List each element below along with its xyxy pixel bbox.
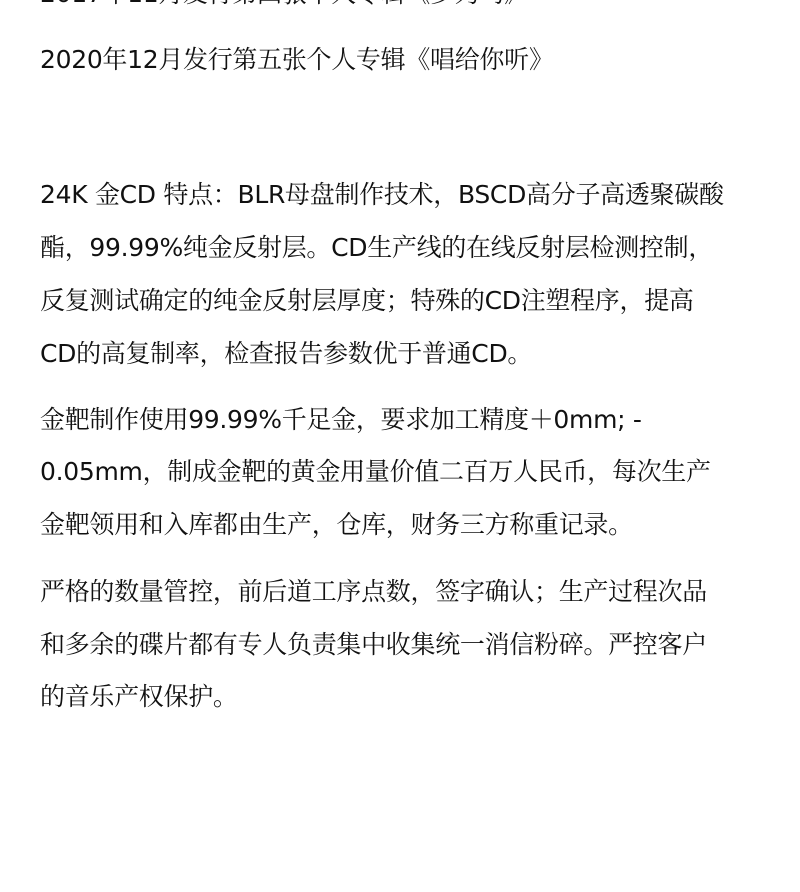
- paragraph-line: 0.05mm，制成金靶的黄金用量价值二百万人民币，每次生产: [40, 456, 711, 488]
- album-release-line: 2020年12月发行第五张个人专辑《唱给你听》: [40, 44, 554, 76]
- paragraph-line: 和多余的碟片都有专人负责集中收集统一消信粉碎。严控客户: [40, 629, 707, 661]
- clipped-album-release-line: 2017年11月发行第四张个人专辑《梦为马》: [40, 0, 529, 10]
- paragraph-line: 酯，99.99%纯金反射层。CD生产线的在线反射层检测控制，: [40, 232, 713, 264]
- paragraph-line: 严格的数量管控，前后道工序点数，签字确认；生产过程次品: [40, 576, 707, 608]
- paragraph-line: 金靶领用和入库都由生产，仓库，财务三方称重记录。: [40, 509, 633, 541]
- paragraph-line: 金靶制作使用99.99%千足金，要求加工精度＋0mm; -: [40, 404, 642, 436]
- paragraph-line: 反复测试确定的纯金反射层厚度；特殊的CD注塑程序，提高: [40, 285, 694, 317]
- paragraph-line: 的音乐产权保护。: [40, 681, 238, 713]
- paragraph-line: CD的高复制率，检查报告参数优于普通CD。: [40, 338, 532, 370]
- paragraph-line: 24K 金CD 特点：BLR母盘制作技术，BSCD高分子高透聚碳酸: [40, 179, 724, 211]
